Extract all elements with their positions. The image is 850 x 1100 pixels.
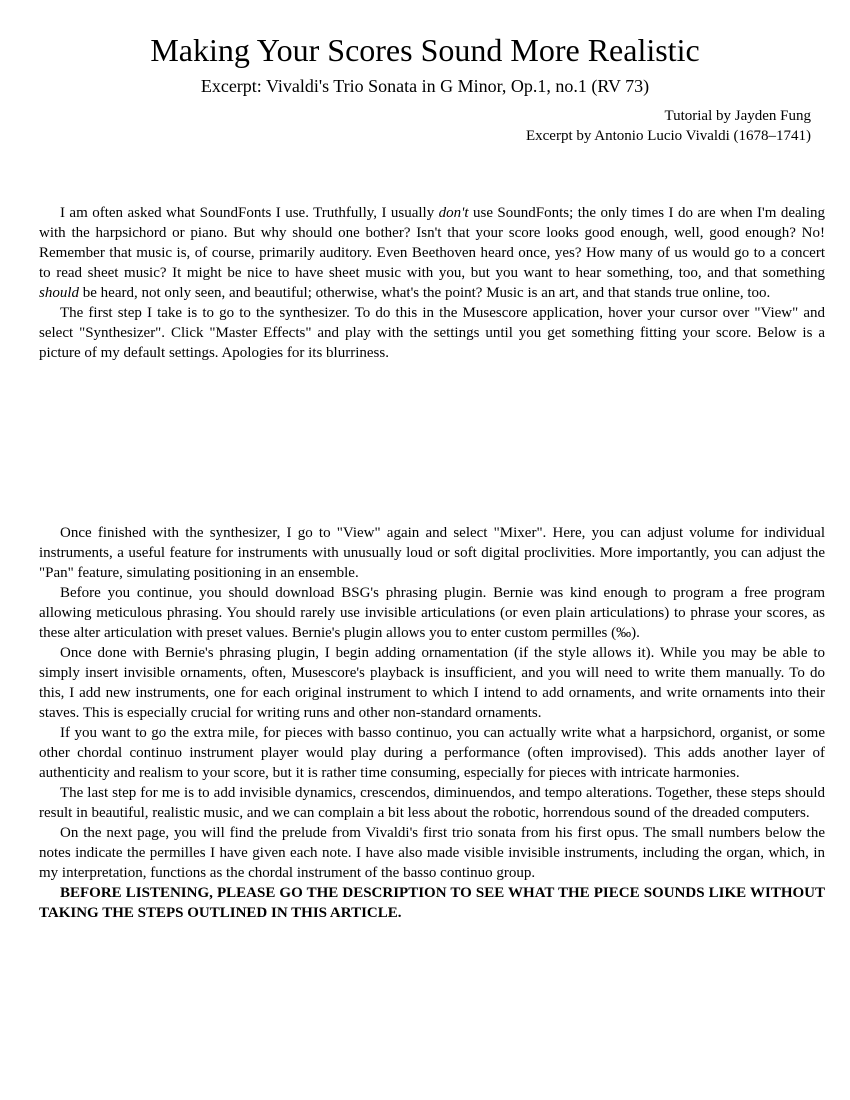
paragraph-text: be heard, not only seen, and beautiful; …: [79, 285, 770, 301]
document-title: Making Your Scores Sound More Realistic: [0, 30, 850, 70]
paragraph-dynamics: The last step for me is to add invisible…: [39, 783, 825, 823]
emphasis-dont: don't: [439, 205, 469, 221]
paragraph-mixer: Once finished with the synthesizer, I go…: [39, 523, 825, 583]
paragraph-text: I am often asked what SoundFonts I use. …: [60, 205, 439, 221]
excerpt-composer: Excerpt by Antonio Lucio Vivaldi (1678–1…: [526, 126, 811, 146]
body-text-intro: I am often asked what SoundFonts I use. …: [39, 203, 825, 363]
paragraph-soundfonts: I am often asked what SoundFonts I use. …: [39, 203, 825, 303]
emphasis-should: should: [39, 285, 79, 301]
closing-notice: BEFORE LISTENING, PLEASE GO THE DESCRIPT…: [39, 883, 825, 923]
synthesizer-settings-image-area: [39, 385, 825, 520]
document-subtitle: Excerpt: Vivaldi's Trio Sonata in G Mino…: [0, 75, 850, 97]
paragraph-phrasing-plugin: Before you continue, you should download…: [39, 583, 825, 643]
tutorial-author: Tutorial by Jayden Fung: [526, 106, 811, 126]
paragraph-basso-continuo: If you want to go the extra mile, for pi…: [39, 723, 825, 783]
paragraph-synthesizer: The first step I take is to go to the sy…: [39, 303, 825, 363]
paragraph-ornamentation: Once done with Bernie's phrasing plugin,…: [39, 643, 825, 723]
credits-block: Tutorial by Jayden Fung Excerpt by Anton…: [526, 106, 811, 146]
paragraph-next-page: On the next page, you will find the prel…: [39, 823, 825, 883]
body-text-steps: Once finished with the synthesizer, I go…: [39, 523, 825, 923]
